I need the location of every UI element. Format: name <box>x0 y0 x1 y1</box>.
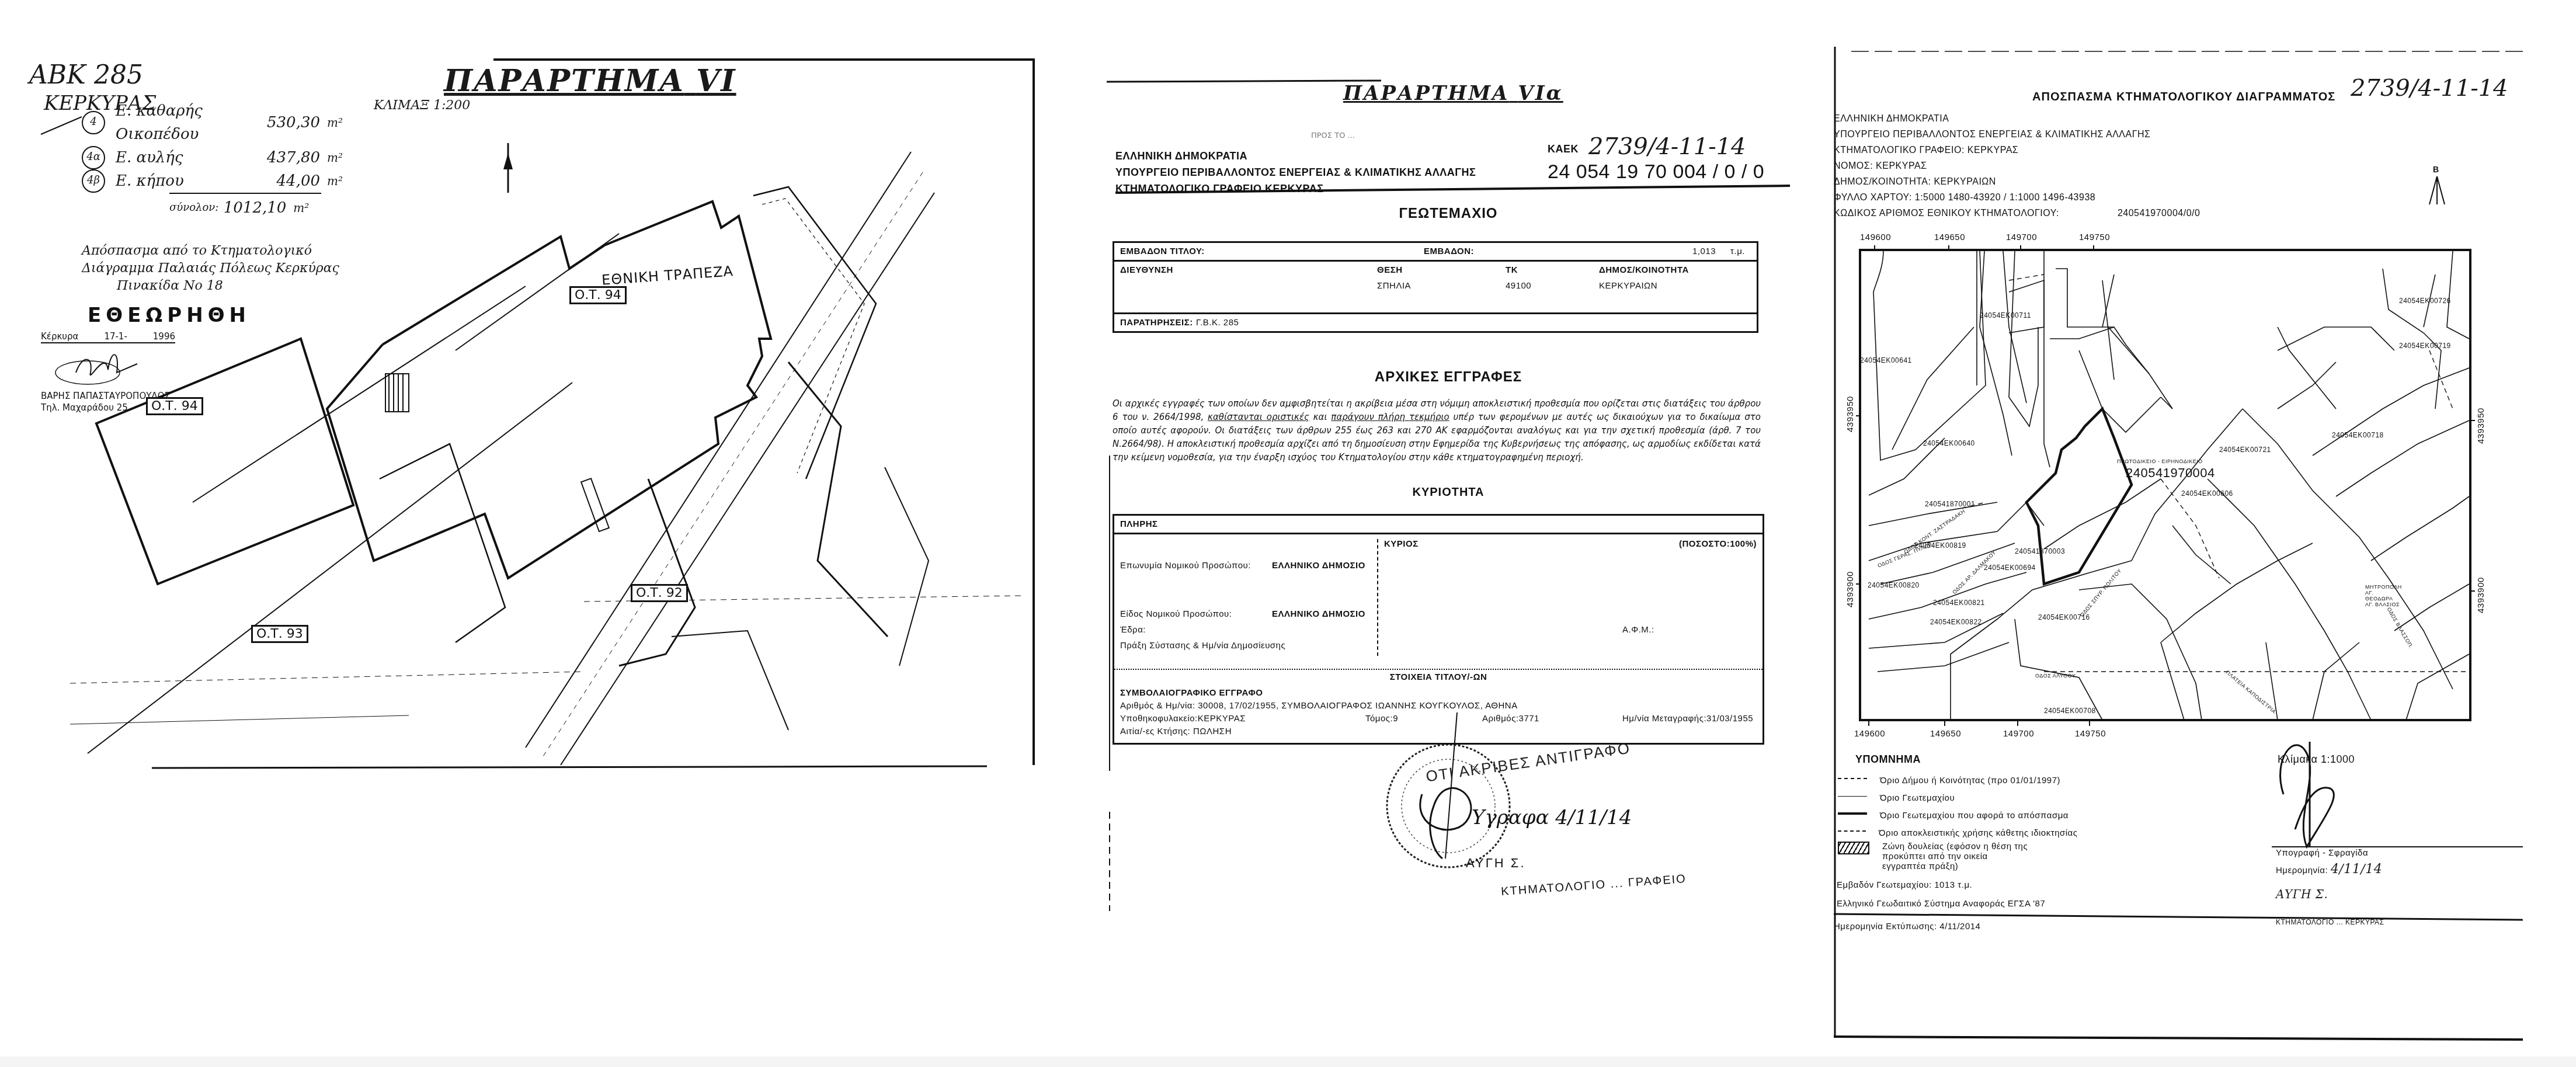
legend-title: ΥΠΟΜΝΗΜΑ <box>1855 753 2077 766</box>
municipal-boundary-symbol-icon <box>1838 778 1867 783</box>
scale-note: ΚΛΙΜΑΞ 1:200 <box>374 98 470 113</box>
kaek-label: ΚΑΕΚ <box>1548 143 1579 155</box>
area-row: 4α Ε. αυλής 437,80 m² <box>82 146 356 169</box>
extract-note: Απόσπασμα από το Κτηματολογικό Διάγραμμα… <box>82 242 339 295</box>
x-tick-label: 149700 <box>2003 729 2034 739</box>
area-total: σύνολον: 1012,10 m² <box>169 193 321 220</box>
street-label: ΜΗΤΡΟΠΟΛΗ ΑΓ. ΘΕΟΔΩΡΑ ΑΓ. ΒΛΑΣΙΟΣ <box>2365 584 2400 607</box>
diagram-info: Εμβαδόν Γεωτεμαχίου: 1013 τ.μ. Ελληνικό … <box>1837 876 2045 913</box>
block-label: Ο.Τ. 94 <box>569 286 627 304</box>
subject-boundary-symbol-icon <box>1838 812 1867 818</box>
parcel-id: 24054EK00711 <box>1980 311 2031 319</box>
y-tick-label: 4393900 <box>1845 571 1855 607</box>
legend-item: Ζώνη δουλείας (εφόσον η θέση της προκύπτ… <box>1838 842 2077 867</box>
block-label: Ο.Τ. 94 <box>146 397 203 415</box>
annex-title: ΠΑΡΑΡΤΗΜΑ VI <box>444 63 736 99</box>
block-label: Ο.Τ. 93 <box>251 625 308 643</box>
street-label: ΟΔΟΣ ΑΛΥΘΟΥ <box>2035 673 2076 679</box>
street-label: ΟΔΟΣ ΑΡ. ΔΑΛΜΑΚΟΥ <box>1951 550 1997 596</box>
legend: ΥΠΟΜΝΗΜΑ Όριο Δήμου ή Κοινότητας (προ 01… <box>1838 753 2077 867</box>
area-breakdown: 4 Ε. καθαρής Οικοπέδου 530,30 m² 4α Ε. α… <box>82 99 356 220</box>
scale-value: 1:200 <box>433 98 470 113</box>
parcel-id: 24054EK00820 <box>1868 581 1920 589</box>
annex-title: ΠΑΡΑΡΤΗΜΑ VIα <box>1343 82 1563 105</box>
x-tick-label: 149600 <box>1860 232 1891 242</box>
parcel-id: 24054EK00641 <box>1860 356 1912 364</box>
diagram-scale: Κλίμακα 1:1000 <box>2278 753 2355 766</box>
legend-item: Όριο αποκλειστικής χρήσης κάθετης ιδιοκτ… <box>1838 824 2077 842</box>
handwritten-ref: 2739/4-11-14 <box>2351 75 2508 102</box>
stamp-office: ΚΤΗΜΑΤΟΛΟΓΙΟ ... ΚΕΡΚΥΡΑΣ <box>2276 914 2384 930</box>
inspected-stamp-heading: ΕΘΕΩΡΗΘΗ <box>88 304 251 327</box>
parcel-remarks-row: ΠΑΡΑΤΗΡΗΣΕΙΣ: Γ.Β.Κ. 285 <box>1114 314 1757 331</box>
parcel-id: 24054EK00822 <box>1930 618 1982 626</box>
parcel-id: 24054EK00606 <box>2181 489 2233 498</box>
national-cadastre-code: 240541970004/0/0 <box>2059 208 2200 218</box>
legend-item: Όριο Γεωτεμαχίου που αφορά το απόσπασμα <box>1838 807 2077 824</box>
ownership-type: ΠΛΗΡΗΣ <box>1114 516 1762 534</box>
parcel-id: 24054EK00719 <box>2399 342 2451 350</box>
title-details-heading: ΣΤΟΙΧΕΙΑ ΤΙΤΛΟΥ/-ΩΝ <box>1114 669 1762 684</box>
y-tick-label: 4393900 <box>2476 577 2486 613</box>
y-tick-label: 4393950 <box>2476 408 2486 444</box>
bottom-margin-strip <box>0 1056 2576 1067</box>
legend-item: Όριο Γεωτεμαχίου <box>1838 789 2077 807</box>
print-date: Ημερομηνία Εκτύπωσης: 4/11/2014 <box>1834 922 1980 932</box>
parcel-id: 240541870003 <box>2015 547 2065 555</box>
diagram-title: ΑΠΟΣΠΑΣΜΑ ΚΤΗΜΑΤΟΛΟΓΙΚΟΥ ΔΙΑΓΡΑΜΜΑΤΟΣ <box>2032 91 2335 104</box>
x-tick-label: 149750 <box>2075 729 2106 739</box>
annex-number: VIα <box>1518 82 1563 105</box>
subject-parcel-caption: ΠΡΩΤΟΔΙΚΕΙΟ - ΕΙΡΗΝΟΔΙΚΕΙΟ <box>2117 458 2203 464</box>
annex-number: VI <box>696 63 736 99</box>
section-heading-parcel: ΓΕΩΤΕΜΑΧΙΟ <box>1273 206 1624 222</box>
street-label: ΟΔΟΣ ΒΛΑΣΣΟΠ. <box>2386 606 2414 649</box>
parcel-id: 240541870001 <box>1925 500 1975 508</box>
x-tick-label: 149700 <box>2006 232 2037 242</box>
faint-header-line: ΠΡΟΣ ΤΟ ... <box>1311 131 1355 140</box>
legend-item: Όριο Δήμου ή Κοινότητας (προ 01/01/1997) <box>1838 771 2077 789</box>
annex-vi-plan-sheet: ΑΒΚ 285 ΚΕΡΚΥΡΑΣ ΠΑΡΑΡΤΗΜΑ VI ΚΛΙΜΑΞ 1:2… <box>0 0 1040 1067</box>
parcel-id: 24054EK00821 <box>1933 599 1985 607</box>
x-tick-label: 149600 <box>1854 729 1885 739</box>
parcel-id: 24054EK00726 <box>2399 297 2451 305</box>
street-label: ΟΔΟΣ ΓΕΡΑΣ. ΠΥΛΩΡ. <box>1877 541 1934 568</box>
area-row: 4 Ε. καθαρής Οικοπέδου 530,30 m² <box>82 99 356 146</box>
subject-parcel-id: 240541970004 <box>2126 465 2215 481</box>
reference-code: ΑΒΚ 285 <box>29 61 156 89</box>
parcel-id: 24054EK00640 <box>1923 439 1975 447</box>
handwritten-signature: Υγραφα 4/11/14 <box>1472 806 1632 829</box>
kaek-code: 24 054 19 70 004 / 0 / 0 <box>1548 161 1764 183</box>
parcel-id: 24054EK00694 <box>1984 564 2036 572</box>
parcel-id: 24054EK00721 <box>2219 446 2271 454</box>
kaek-handwritten-ref: 2739/4-11-14 <box>1588 133 1746 160</box>
section-heading-ownership: ΚΥΡΙΟΤΗΤΑ <box>1273 486 1624 499</box>
block-label: Ο.Τ. 92 <box>631 584 688 602</box>
parcel-id: 24054EK00708 <box>2044 707 2096 715</box>
parcel-id: 24054EK00718 <box>2332 431 2384 439</box>
street-label: ΟΔΟΣ ΣΠΥΡ. ΠΟΛΙΤΟΥ <box>2079 568 2123 618</box>
initial-entries-text: Οι αρχικές εγγραφές των οποίων δεν αμφισ… <box>1113 397 1761 464</box>
x-tick-label: 149650 <box>1934 232 1965 242</box>
exclusive-use-symbol-icon <box>1838 830 1866 835</box>
x-tick-label: 149650 <box>1930 729 1961 739</box>
easement-hatch-symbol-icon <box>1838 842 1869 854</box>
parcel-boundary-symbol-icon <box>1838 796 1867 800</box>
title-deed: ΣΥΜΒΟΛΑΙΟΓΡΑΦΙΚΟ ΕΓΓΡΑΦΟ Αριθμός & Ημ/νί… <box>1114 684 1762 743</box>
section-heading-initial-entries: ΑΡΧΙΚΕΣ ΕΓΓΡΑΦΕΣ <box>1273 369 1624 385</box>
stamp-name: ΑΥΓΗ Σ. <box>2276 886 2384 902</box>
north-arrow-icon: Β <box>2433 165 2439 174</box>
x-tick-label: 149750 <box>2079 232 2110 242</box>
parcel-area-row: ΕΜΒΑΔΟΝ ΤΙΤΛΟΥ: ΕΜΒΑΔΟΝ: 1,013 τ.μ. <box>1114 243 1757 262</box>
street-label: ΠΛΑΤΕΙΑ ΚΑΠΟΔΙΣΤΡΙΑ <box>2225 669 2278 715</box>
signature-scribble <box>41 343 181 390</box>
diagram-metadata: ΕΛΛΗΝΙΚΗ ΔΗΜΟΚΡΑΤΙΑ ΥΠΟΥΡΓΕΙΟ ΠΕΡΙΒΑΛΛΟΝ… <box>1834 111 2200 221</box>
area-row: 4β Ε. κήπου 44,00 m² <box>82 169 356 193</box>
signature-block: Υπογραφή - Σφραγίδα Ημερομηνία: 4/11/14 … <box>2276 845 2384 930</box>
stamp-name: ΑΥΓΗ Σ. <box>1466 856 1526 871</box>
parcel-address-row: ΔΙΕΥΘΥΝΣΗ ΘΕΣΗ ΣΠΗΛΙΑ ΤΚ 49100 ΔΗΜΟΣ/ΚΟΙ… <box>1114 262 1757 314</box>
y-tick-label: 4393950 <box>1845 396 1855 432</box>
ownership-table: ΠΛΗΡΗΣ ΚΥΡΙΟΣ (ΠΟΣΟΣΤΟ:100%) Επωνυμία Νο… <box>1113 514 1764 745</box>
authority-header: ΕΛΛΗΝΙΚΗ ΔΗΜΟΚΡΑΤΙΑ ΥΠΟΥΡΓΕΙΟ ΠΕΡΙΒΑΛΛΟΝ… <box>1115 148 1476 197</box>
parcel-table: ΕΜΒΑΔΟΝ ΤΙΤΛΟΥ: ΕΜΒΑΔΟΝ: 1,013 τ.μ. ΔΙΕΥ… <box>1113 241 1758 333</box>
